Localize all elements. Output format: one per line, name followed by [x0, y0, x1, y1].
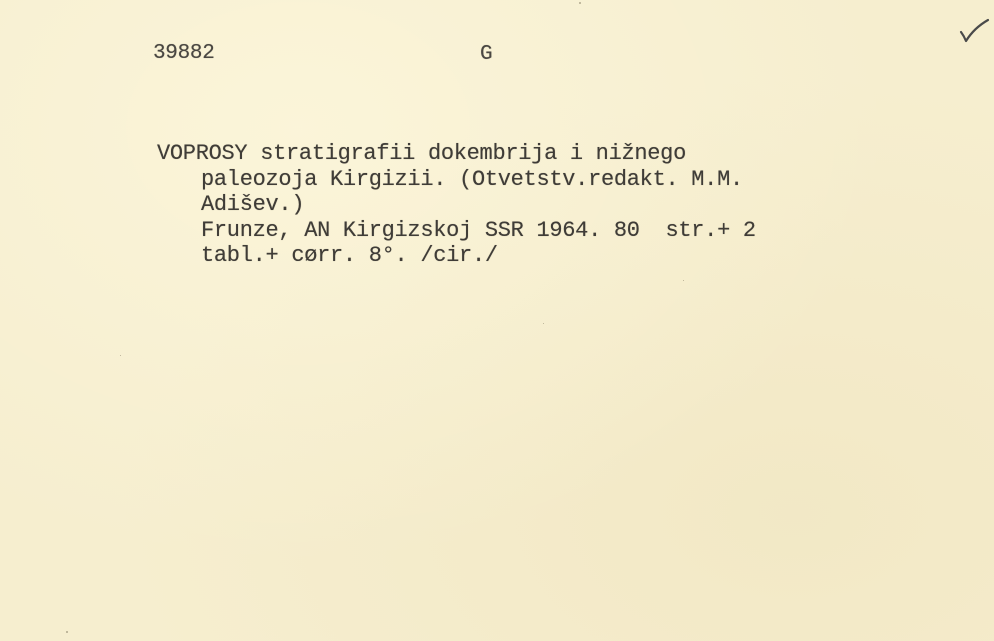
entry-imprint-line: Frunze, AN Kirgizskoj SSR 1964. 80 str.+…: [157, 218, 756, 244]
checkmark-icon: [958, 18, 990, 48]
paper-speck: [66, 631, 68, 633]
catalog-card: 39882 G VOPROSY stratigrafii dokembrija …: [0, 0, 994, 641]
accession-number: 39882: [153, 42, 215, 65]
entry-title-line: VOPROSY stratigrafii dokembrija i nižneg…: [157, 141, 756, 167]
paper-speck: [120, 355, 121, 356]
bibliographic-entry: VOPROSY stratigrafii dokembrija i nižneg…: [157, 141, 756, 269]
entry-editor-line: Adišev.): [157, 192, 756, 218]
paper-speck: [683, 280, 684, 281]
classification-letter: G: [480, 43, 492, 66]
entry-collation-line: tabl.+ cørr. 8°. /cir./: [157, 243, 756, 269]
entry-title-continuation: paleozoja Kirgizii. (Otvetstv.redakt. M.…: [157, 167, 756, 193]
paper-speck: [543, 323, 544, 324]
paper-speck: [579, 2, 581, 4]
